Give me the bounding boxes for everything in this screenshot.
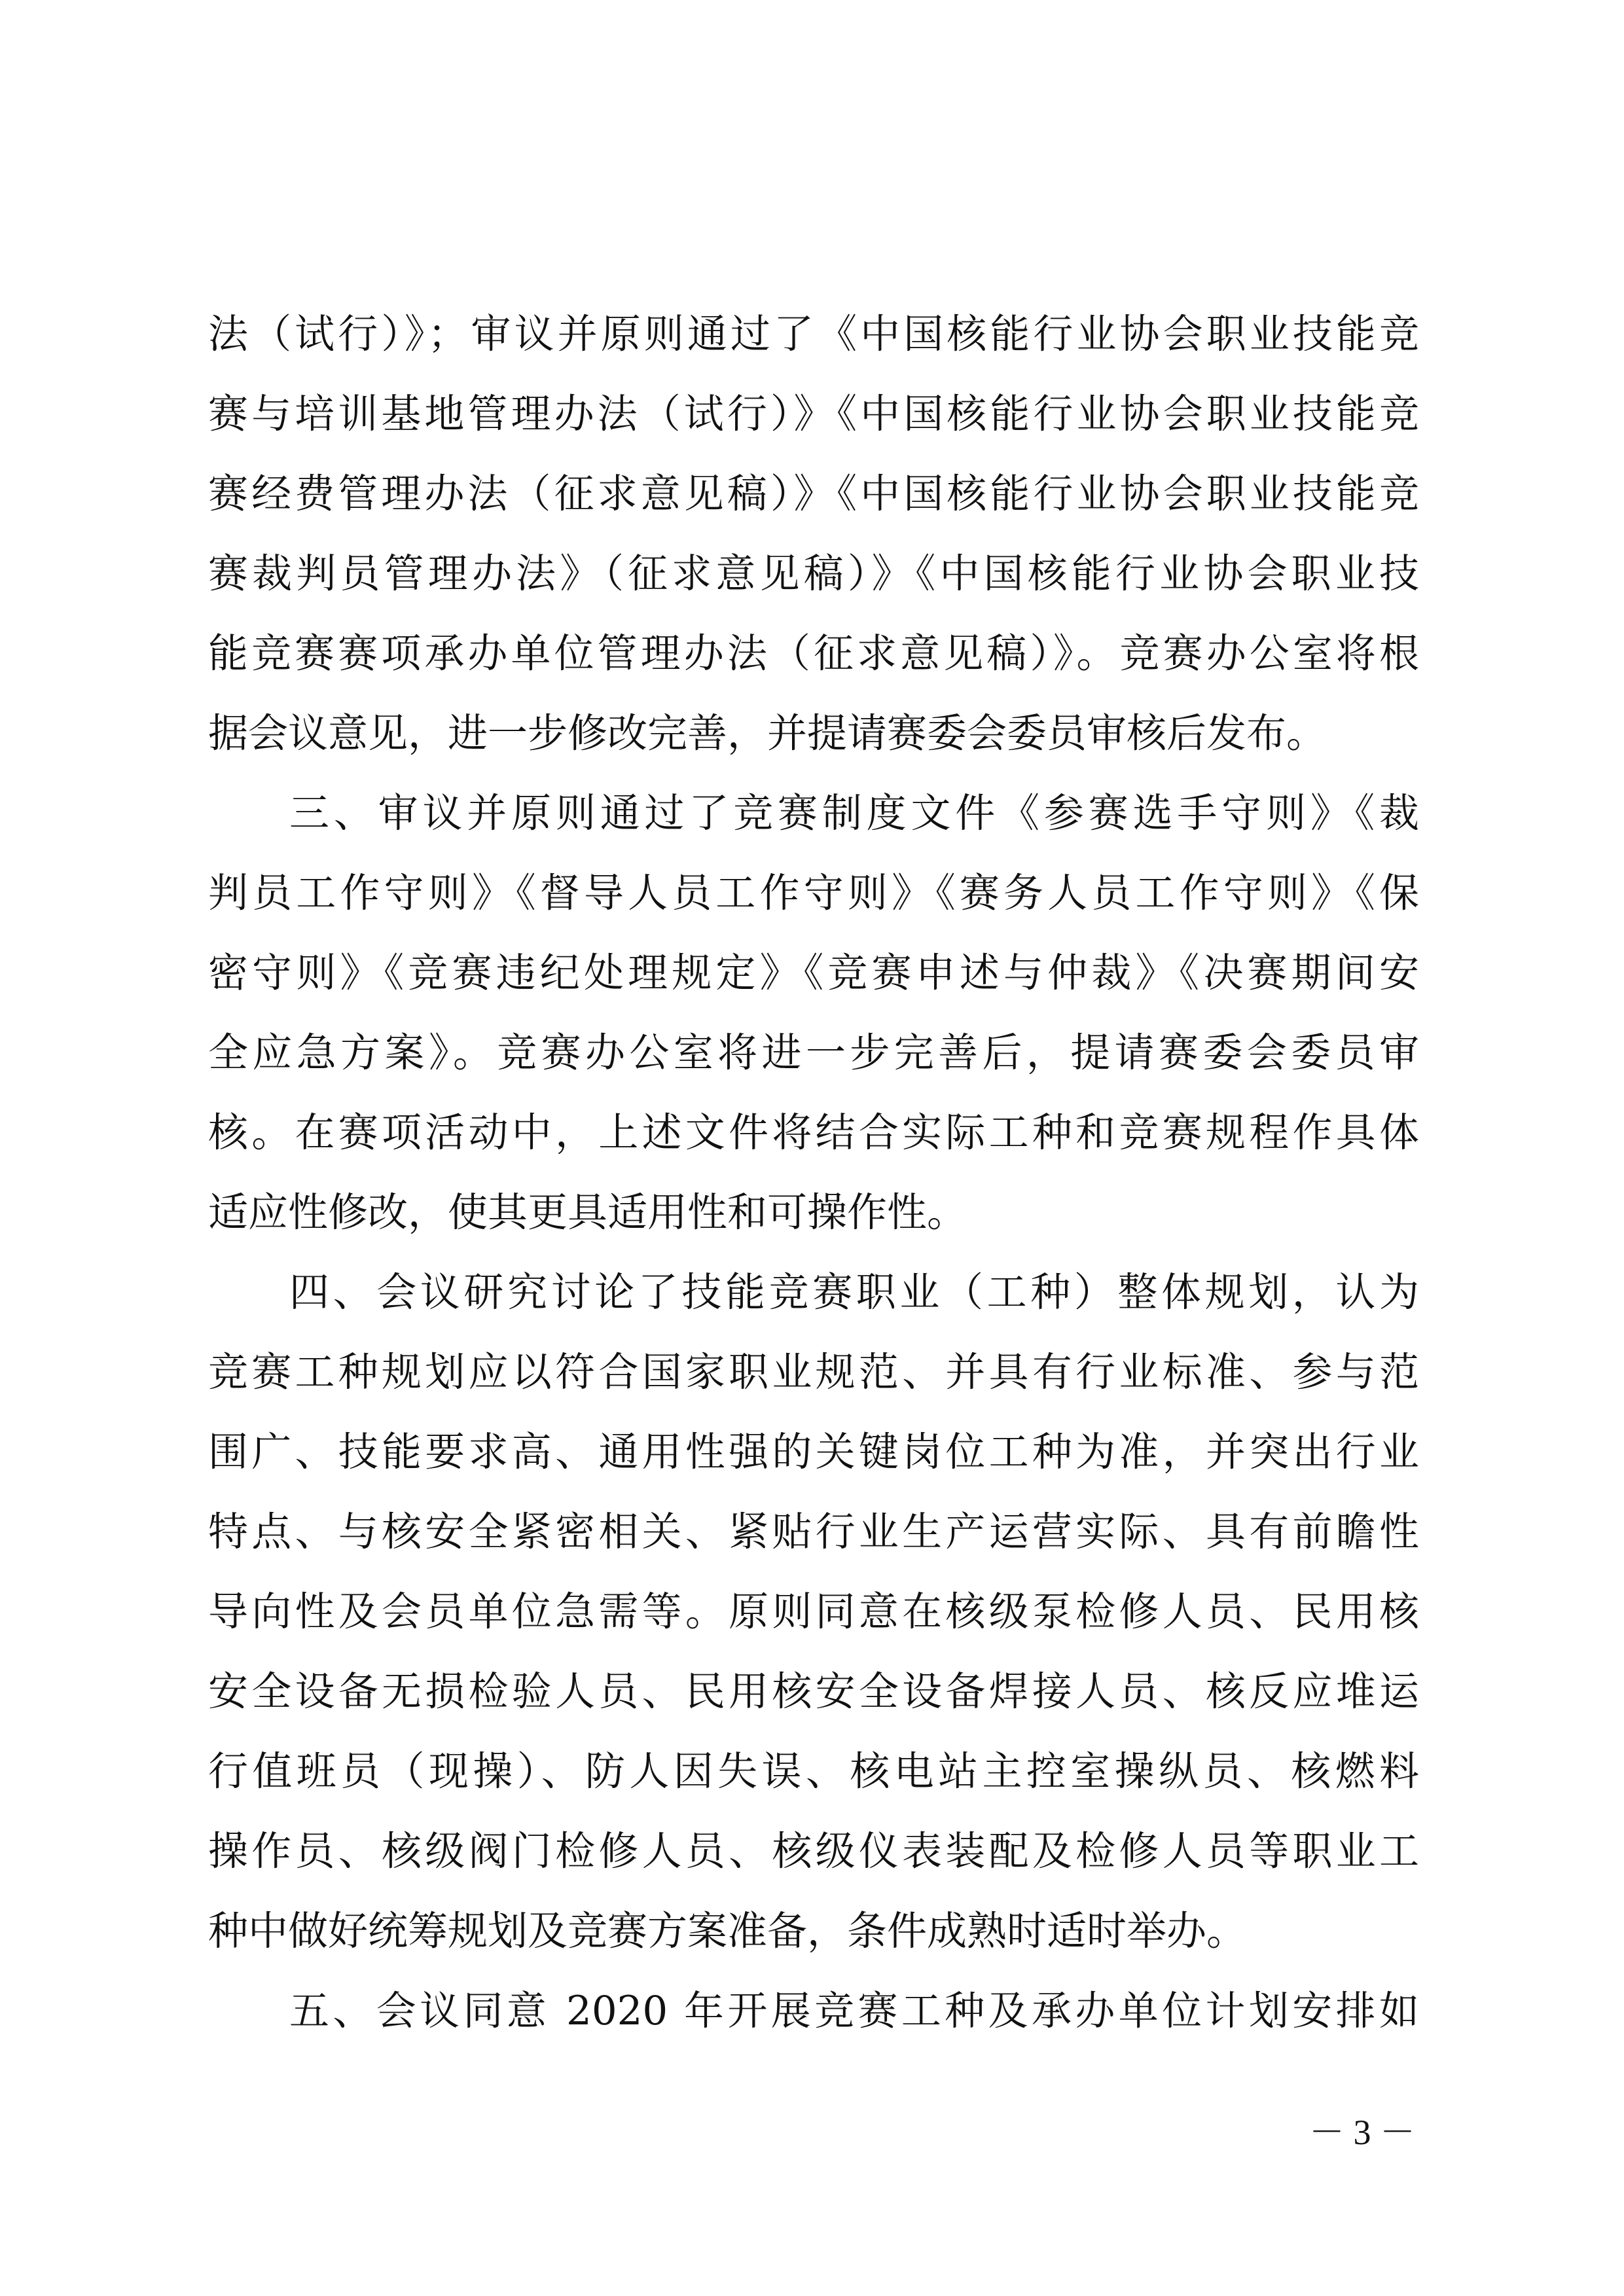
text-line: 判员工作守则》《督导人员工作守则》《赛务人员工作守则》《保 [208,853,1419,933]
text-line: 赛经费管理办法（征求意见稿）》《中国核能行业协会职业技能竞 [208,454,1419,534]
text-line: 五、会议同意 2020 年开展竞赛工种及承办单位计划安排如 [208,1971,1419,2051]
text-line: 导向性及会员单位急需等。原则同意在核级泵检修人员、民用核 [208,1572,1419,1652]
page-number: － 3 － [1309,2104,1415,2155]
text-line: 能竞赛赛项承办单位管理办法（征求意见稿）》。竞赛办公室将根 [208,614,1419,694]
text-line: 适应性修改，使其更具适用性和可操作性。 [208,1173,1419,1253]
paragraph-1: 法（试行）》；审议并原则通过了《中国核能行业协会职业技能竞 赛与培训基地管理办法… [208,295,1419,774]
text-line: 围广、技能要求高、通用性强的关键岗位工种为准，并突出行业 [208,1412,1419,1492]
paragraph-4: 五、会议同意 2020 年开展竞赛工种及承办单位计划安排如 [208,1971,1419,2051]
paragraph-3: 四、会议研究讨论了技能竞赛职业（工种）整体规划，认为 竞赛工种规划应以符合国家职… [208,1253,1419,1971]
text-line: 四、会议研究讨论了技能竞赛职业（工种）整体规划，认为 [208,1253,1419,1333]
text-line: 赛与培训基地管理办法（试行）》《中国核能行业协会职业技能竞 [208,374,1419,454]
document-page: 法（试行）》；审议并原则通过了《中国核能行业协会职业技能竞 赛与培训基地管理办法… [0,0,1624,2296]
text-line: 三、审议并原则通过了竞赛制度文件《参赛选手守则》《裁 [208,774,1419,853]
text-line: 行值班员（现操）、防人因失误、核电站主控室操纵员、核燃料 [208,1732,1419,1812]
paragraph-2: 三、审议并原则通过了竞赛制度文件《参赛选手守则》《裁 判员工作守则》《督导人员工… [208,774,1419,1253]
text-line: 操作员、核级阀门检修人员、核级仪表装配及检修人员等职业工 [208,1812,1419,1892]
text-line: 核。在赛项活动中，上述文件将结合实际工种和竞赛规程作具体 [208,1093,1419,1173]
text-line: 竞赛工种规划应以符合国家职业规范、并具有行业标准、参与范 [208,1333,1419,1412]
text-line: 密守则》《竞赛违纪处理规定》《竞赛申述与仲裁》《决赛期间安 [208,933,1419,1013]
text-line: 全应急方案》。竞赛办公室将进一步完善后，提请赛委会委员审 [208,1013,1419,1093]
text-line: 特点、与核安全紧密相关、紧贴行业生产运营实际、具有前瞻性 [208,1492,1419,1572]
text-line: 赛裁判员管理办法》（征求意见稿）》《中国核能行业协会职业技 [208,534,1419,614]
document-body: 法（试行）》；审议并原则通过了《中国核能行业协会职业技能竞 赛与培训基地管理办法… [208,295,1419,2051]
text-line: 种中做好统筹规划及竞赛方案准备，条件成熟时适时举办。 [208,1892,1419,1971]
text-line: 据会议意见，进一步修改完善，并提请赛委会委员审核后发布。 [208,694,1419,774]
text-line: 安全设备无损检验人员、民用核安全设备焊接人员、核反应堆运 [208,1652,1419,1732]
text-line: 法（试行）》；审议并原则通过了《中国核能行业协会职业技能竞 [208,295,1419,374]
